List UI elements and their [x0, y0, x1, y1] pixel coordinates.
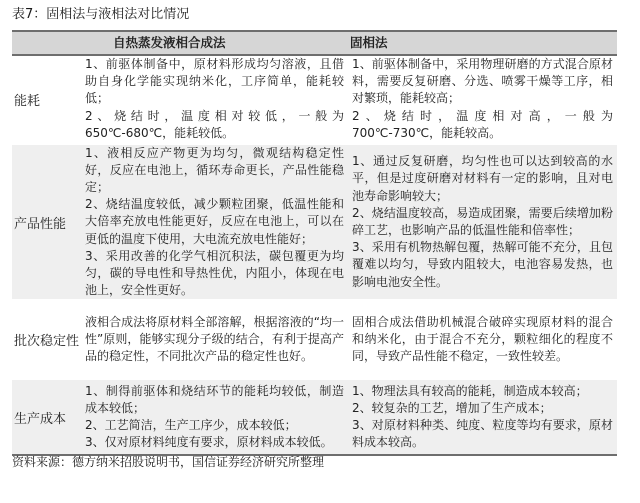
row-label: 生产成本 — [12, 408, 85, 427]
cell-line: 2、烧结时，温度相对高，一般为 700℃-730℃，能耗较高。 — [352, 108, 613, 142]
cell-line: 2、烧结温度较高，易造成团聚，需要后续增加粉碎工艺，也影响产品的低温性能和倍率性… — [352, 205, 613, 239]
solid-cell: 1、前驱体制备中，采用物理研磨的方式混合原材料，需要反复研磨、分选、喷雾干燥等工… — [350, 56, 617, 142]
cell-line: 3、采用有机物热解包覆，热解可能不充分，且包覆难以均匀，导致内阻较大，电池容易发… — [352, 239, 613, 291]
cell-line: 3、采用改善的化学气相沉积法，碳包覆更为均匀，碳的导电性和导热性优，内阻小，体现… — [85, 248, 344, 300]
comparison-table: 自热蒸发液相合成法 固相法 能耗 1、前驱体制备中，原材料形成均匀溶液，且借助自… — [12, 30, 617, 456]
table-header-row: 自热蒸发液相合成法 固相法 — [12, 32, 617, 56]
header-liquid-method: 自热蒸发液相合成法 — [85, 32, 350, 54]
cell-line: 2、烧结时，温度相对较低，一般为 650℃-680℃，能耗较低。 — [85, 108, 344, 142]
row-label: 能耗 — [12, 90, 85, 109]
cell-line: 3、仅对原材料纯度有要求，原材料成本较低。 — [85, 434, 344, 451]
solid-cell: 固相合成法借助机械混合破碎实现原材料的混合和纳米化，由于混合不充分，颗粒细化的程… — [350, 314, 617, 366]
table-row-cost: 生产成本 1、制得前驱体和烧结环节的能耗均较低，制造成本较低； 2、工艺简洁，生… — [12, 380, 617, 454]
solid-cell: 1、通过反复研磨，均匀性也可以达到较高的水平，但是过度研磨对材料有一定的影响，且… — [350, 153, 617, 291]
liquid-cell: 1、制得前驱体和烧结环节的能耗均较低，制造成本较低； 2、工艺简洁，生产工序少，… — [85, 383, 350, 452]
liquid-cell: 液相合成法将原材料全部溶解，根据溶液的“均一性”原则，能够实现分子级的结合，有利… — [85, 314, 350, 366]
source-note: 资料来源：德方纳米招股说明书，国信证券经济研究所整理 — [12, 454, 324, 470]
cell-line: 1、物理法具有较高的能耗，制造成本较高； — [352, 383, 613, 400]
cell-line: 2、烧结温度较低，减少颗粒团聚，低温性能和大倍率充放电性能更好，反应在电池上，可… — [85, 196, 344, 248]
cell-line: 2、较复杂的工艺，增加了生产成本； — [352, 400, 613, 417]
table-row-energy: 能耗 1、前驱体制备中，原材料形成均匀溶液，且借助自身化学能实现纳米化，工序简单… — [12, 56, 617, 142]
cell-line: 1、制得前驱体和烧结环节的能耗均较低，制造成本较低； — [85, 383, 344, 417]
row-label: 产品性能 — [12, 213, 85, 232]
cell-line: 1、前驱体制备中，原材料形成均匀溶液，且借助自身化学能实现纳米化，工序简单，能耗… — [85, 56, 344, 108]
cell-line: 1、前驱体制备中，采用物理研磨的方式混合原材料，需要反复研磨、分选、喷雾干燥等工… — [352, 56, 613, 108]
header-solid-method: 固相法 — [350, 32, 617, 54]
solid-cell: 1、物理法具有较高的能耗，制造成本较高； 2、较复杂的工艺，增加了生产成本； 3… — [350, 383, 617, 452]
table-row-performance: 产品性能 1、液相反应产物更为均匀，微观结构稳定性好，反应在电池上，循环寿命更长… — [12, 145, 617, 299]
row-label: 批次稳定性 — [12, 330, 85, 349]
table-row-batch-stability: 批次稳定性 液相合成法将原材料全部溶解，根据溶液的“均一性”原则，能够实现分子级… — [12, 302, 617, 377]
cell-line: 1、通过反复研磨，均匀性也可以达到较高的水平，但是过度研磨对材料有一定的影响，且… — [352, 153, 613, 205]
cell-line: 2、工艺简洁，生产工序少，成本较低； — [85, 417, 344, 434]
cell-line: 3、对原材料种类、纯度、粒度等均有要求，原材料成本较高。 — [352, 417, 613, 451]
liquid-cell: 1、前驱体制备中，原材料形成均匀溶液，且借助自身化学能实现纳米化，工序简单，能耗… — [85, 56, 350, 142]
liquid-cell: 1、液相反应产物更为均匀，微观结构稳定性好，反应在电池上，循环寿命更长，产品性能… — [85, 145, 350, 300]
cell-line: 1、液相反应产物更为均匀，微观结构稳定性好，反应在电池上，循环寿命更长，产品性能… — [85, 145, 344, 197]
cell-line: 液相合成法将原材料全部溶解，根据溶液的“均一性”原则，能够实现分子级的结合，有利… — [85, 314, 344, 366]
cell-line: 固相合成法借助机械混合破碎实现原材料的混合和纳米化，由于混合不充分，颗粒细化的程… — [352, 314, 613, 366]
header-label-column — [12, 32, 85, 54]
table-title: 表7：固相法与液相法对比情况 — [12, 6, 189, 24]
